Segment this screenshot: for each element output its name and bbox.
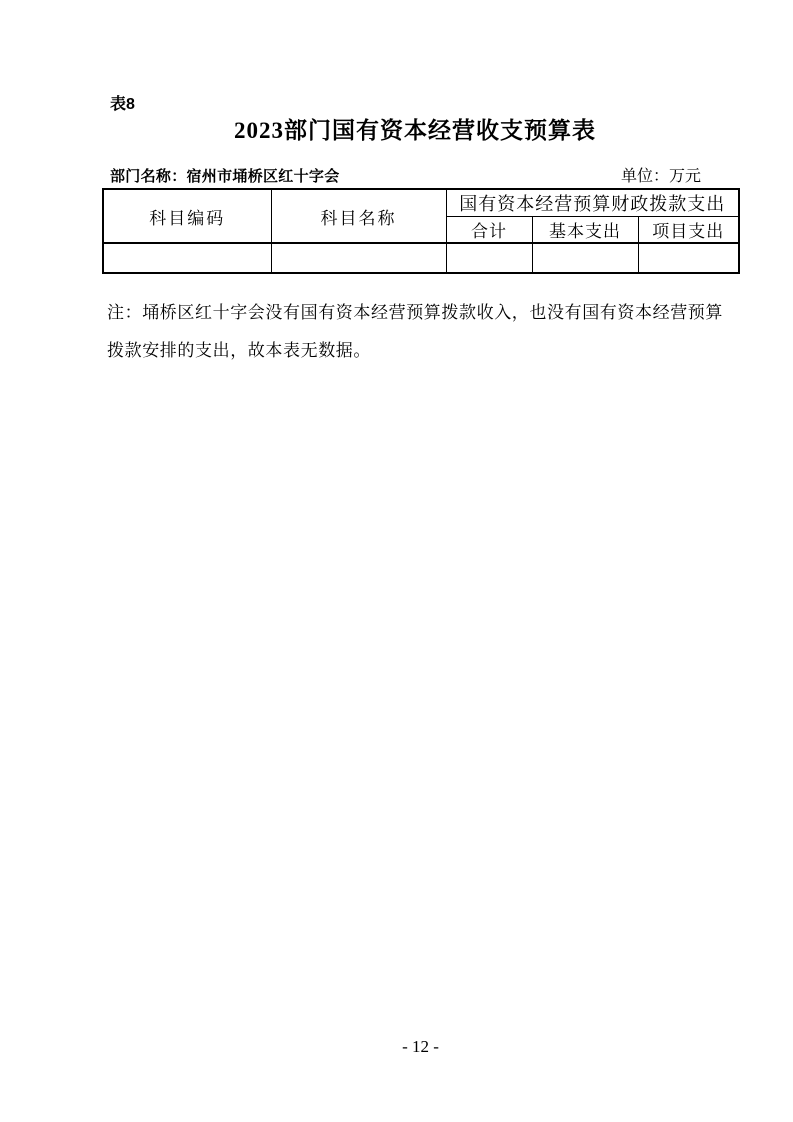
document-title: 2023部门国有资本经营收支预算表: [95, 116, 735, 146]
department-name-label: 部门名称：宿州市埇桥区红十字会: [103, 165, 340, 186]
table-header-row-1: 科目编码 科目名称 国有资本经营预算财政拨款支出: [103, 189, 739, 217]
column-header-subject-name: 科目名称: [271, 189, 446, 243]
note-line-2: 拨款安排的支出，故本表无数据。: [107, 332, 752, 370]
meta-row: 部门名称：宿州市埇桥区红十字会 单位：万元: [103, 163, 738, 186]
column-header-subject-code: 科目编码: [103, 189, 271, 243]
explanatory-note: 注：埇桥区红十字会没有国有资本经营预算拨款收入，也没有国有资本经营预算 拨款安排…: [107, 294, 752, 370]
cell-total: [446, 243, 532, 273]
cell-subject-code: [103, 243, 271, 273]
column-header-project-expenditure: 项目支出: [638, 217, 739, 244]
document-page: 表8 2023部门国有资本经营收支预算表 部门名称：宿州市埇桥区红十字会 单位：…: [0, 0, 793, 1122]
budget-table: 科目编码 科目名称 国有资本经营预算财政拨款支出 合计 基本支出 项目支出: [102, 188, 740, 274]
cell-subject-name: [271, 243, 446, 273]
column-group-header-fiscal-appropriation-expenditure: 国有资本经营预算财政拨款支出: [446, 189, 739, 217]
cell-basic-expenditure: [532, 243, 638, 273]
unit-label: 单位：万元: [621, 163, 738, 186]
column-header-basic-expenditure: 基本支出: [532, 217, 638, 244]
cell-project-expenditure: [638, 243, 739, 273]
note-line-1: 注：埇桥区红十字会没有国有资本经营预算拨款收入，也没有国有资本经营预算: [107, 294, 752, 332]
table-row: [103, 243, 739, 273]
column-header-total: 合计: [446, 217, 532, 244]
page-number: - 12 -: [103, 1036, 738, 1058]
table-number-label: 表8: [110, 96, 135, 114]
